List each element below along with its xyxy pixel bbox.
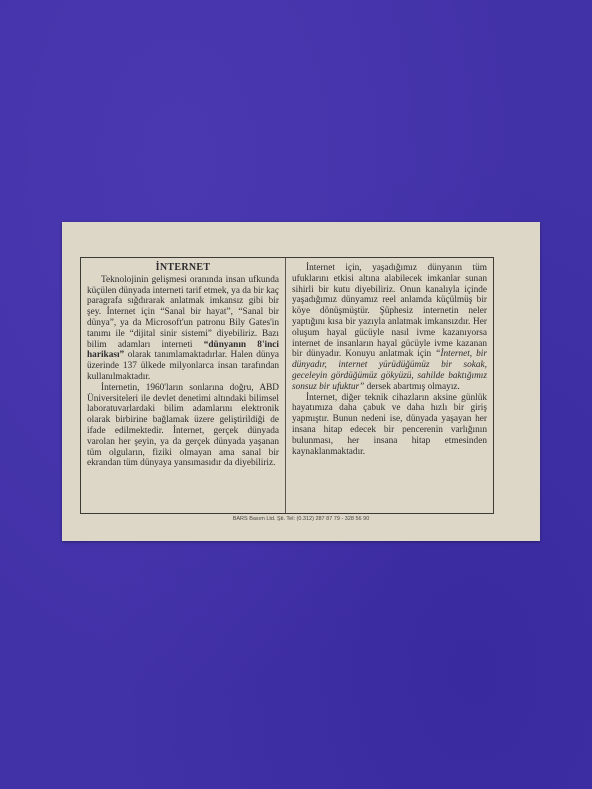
printed-card: İNTERNET Teknolojinin gelişmesi oranında… — [62, 222, 540, 541]
right-column: İnternet için, yaşadığımız dünyanın tüm … — [286, 258, 493, 513]
left-column: İNTERNET Teknolojinin gelişmesi oranında… — [81, 258, 286, 513]
article-title: İNTERNET — [87, 263, 279, 274]
right-paragraph-1: İnternet için, yaşadığımız dünyanın tüm … — [292, 263, 487, 393]
printer-footer: BARS Basım Ltd. Şti. Tel: (0.312) 287 87… — [62, 516, 540, 522]
article-frame: İNTERNET Teknolojinin gelişmesi oranında… — [80, 257, 494, 514]
left-paragraph-2: İnternetin, 1960'ların sonlarına doğru, … — [87, 383, 279, 469]
right-paragraph-2: İnternet, diğer teknik cihazların aksine… — [292, 393, 487, 458]
left-paragraph-1: Teknolojinin gelişmesi oranında insan uf… — [87, 275, 279, 383]
